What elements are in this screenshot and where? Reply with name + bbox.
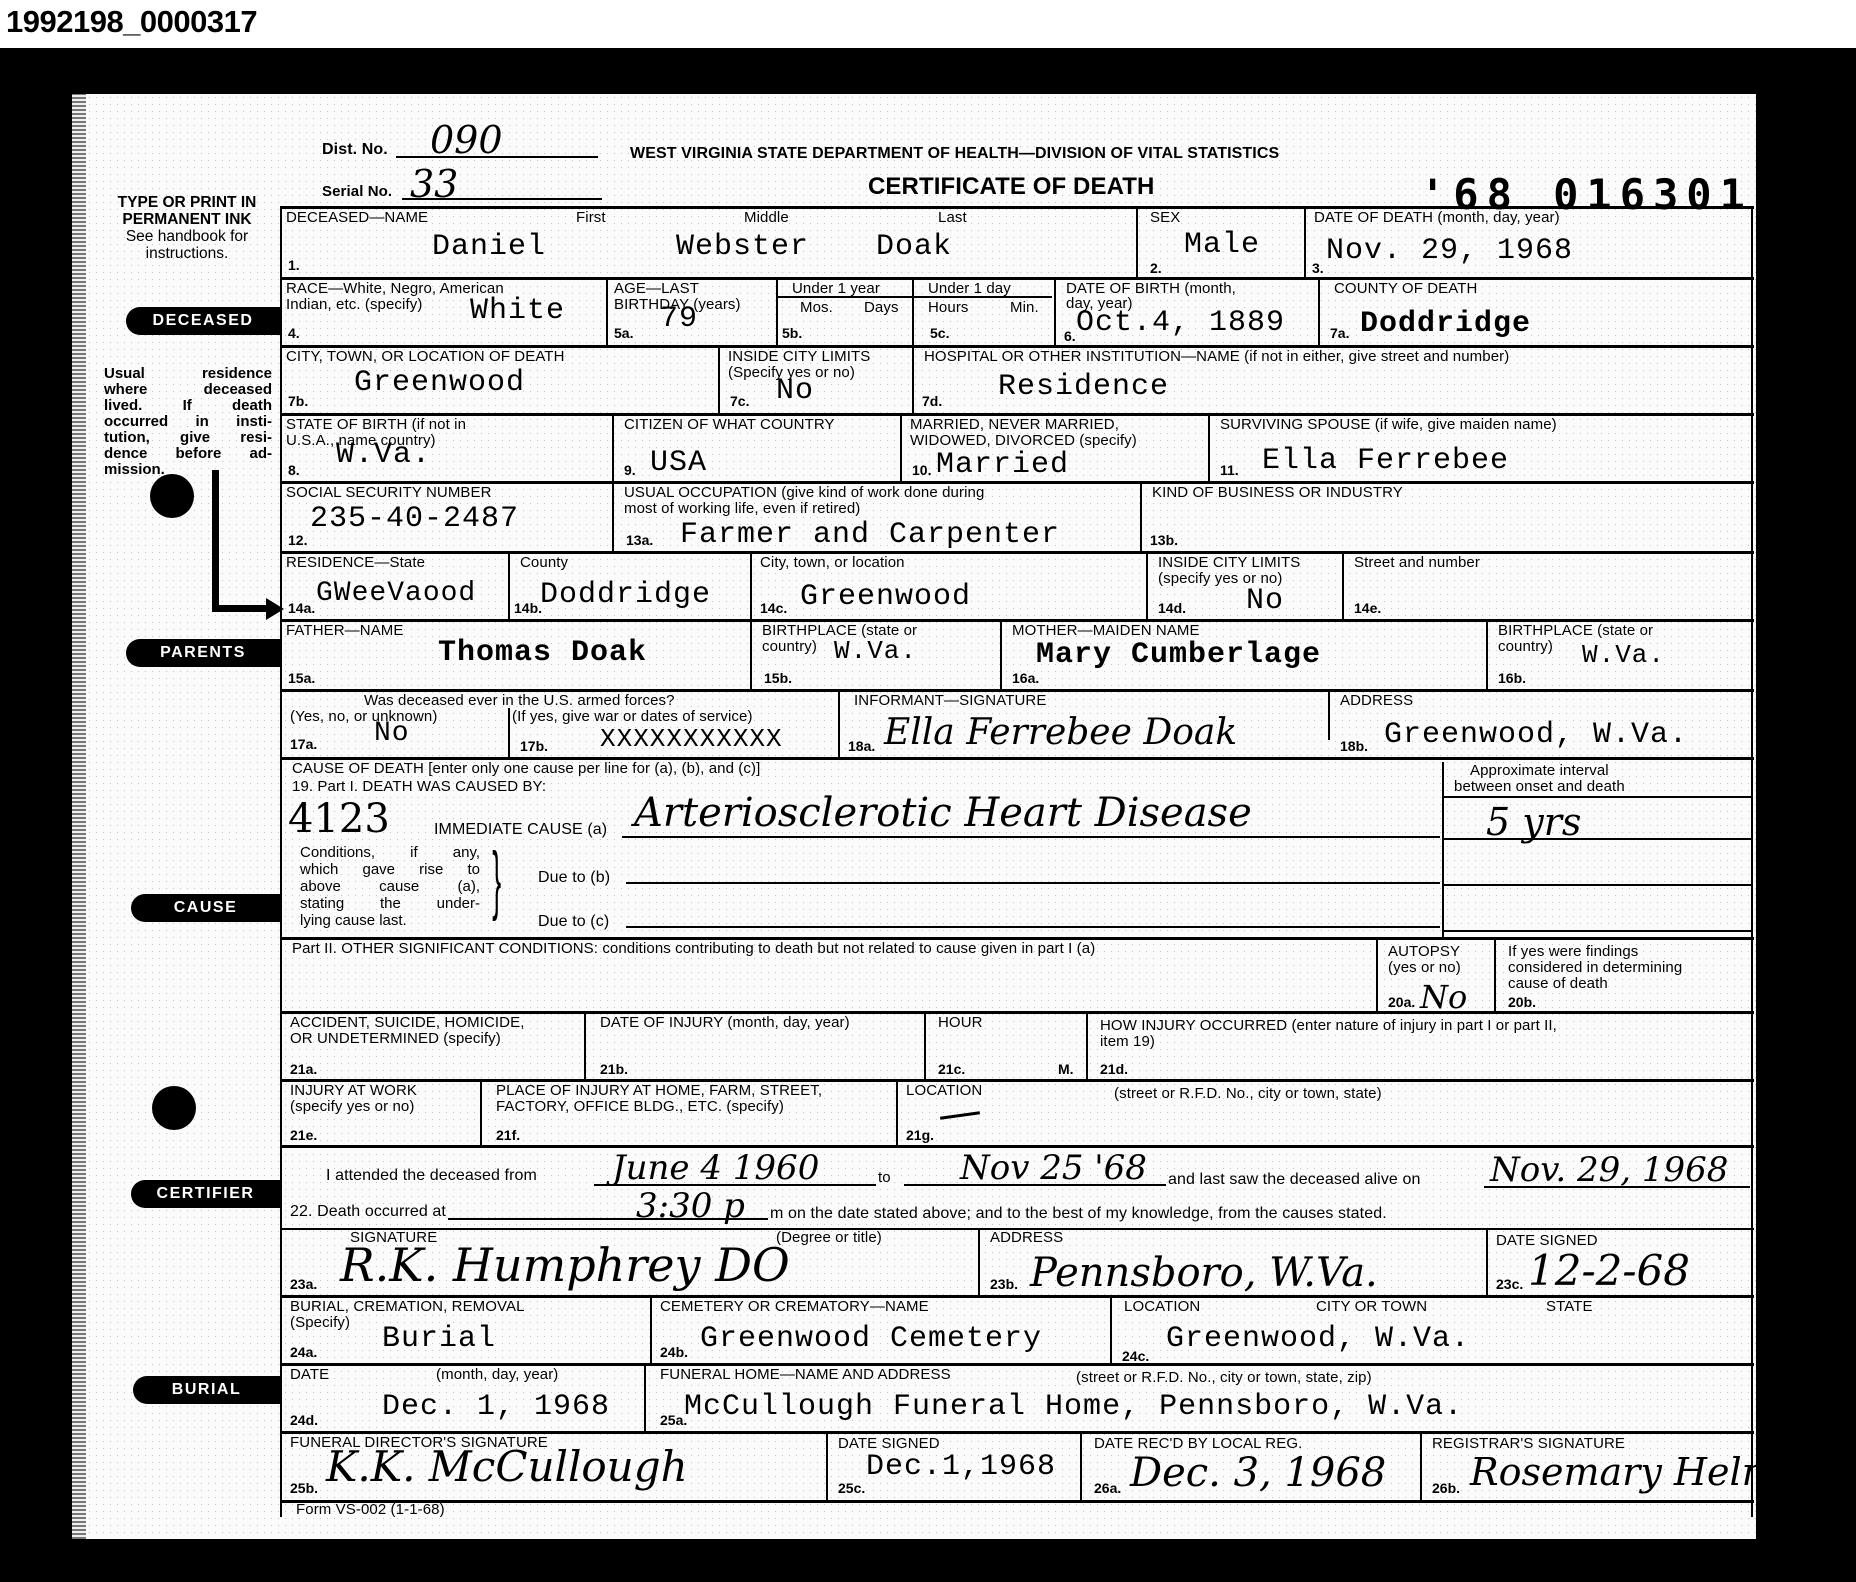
interval-line — [1444, 796, 1752, 798]
autopsy-label: AUTOPSY — [1388, 944, 1460, 960]
burial-date-hint: (month, day, year) — [436, 1367, 558, 1383]
marital-status-value: Married — [936, 448, 1069, 482]
hour-suffix: M. — [1058, 1061, 1074, 1077]
item-number: 14e. — [1354, 600, 1381, 616]
col-divider — [584, 1012, 586, 1080]
findings-label: If yes were findings — [1508, 944, 1638, 960]
agency-name: WEST VIRGINIA STATE DEPARTMENT OF HEALTH… — [630, 146, 1279, 162]
burial-method-label: BURIAL, CREMATION, REMOVAL — [290, 1299, 525, 1315]
section-tab-cause: CAUSE — [131, 894, 280, 922]
item-number: 20b. — [1508, 994, 1536, 1010]
item-number: 13a. — [626, 532, 653, 548]
item-number: 23a. — [290, 1276, 317, 1292]
accident-label: ACCIDENT, SUICIDE, HOMICIDE, — [290, 1015, 525, 1031]
item-number: 21c. — [938, 1061, 965, 1077]
attended-to-value: Nov 25 '68 — [960, 1148, 1147, 1188]
last-label: Last — [938, 210, 967, 226]
burial-date-label: DATE — [290, 1367, 329, 1383]
father-birthplace-value: W.Va. — [834, 636, 917, 666]
col-divider — [896, 1080, 898, 1146]
col-divider — [1208, 414, 1210, 482]
col-divider — [1110, 1296, 1112, 1364]
col-divider — [1000, 620, 1002, 690]
serial-no-value: 33 — [410, 162, 458, 206]
col-divider — [1318, 278, 1320, 346]
mother-birthplace-label-2: country) — [1498, 639, 1553, 655]
part-2-label: Part II. OTHER SIGNIFICANT CONDITIONS: c… — [292, 941, 1095, 957]
deceased-last-name: Doak — [876, 230, 952, 264]
service-value: XXXXXXXXXXX — [600, 724, 783, 754]
item-number: 21a. — [290, 1061, 317, 1077]
service-label: (If yes, give war or dates of service) — [512, 709, 753, 725]
residence-county-value: Doddridge — [540, 578, 711, 612]
col-divider — [750, 552, 752, 620]
item-number: 24a. — [290, 1344, 317, 1360]
col-divider — [1304, 207, 1306, 278]
residence-city-label: City, town, or location — [760, 555, 905, 571]
hospital-value: Residence — [998, 370, 1169, 404]
citizen-label: CITIZEN OF WHAT COUNTRY — [624, 417, 835, 433]
informant-label: INFORMANT—SIGNATURE — [854, 693, 1046, 709]
item-number: 14a. — [288, 600, 315, 616]
spouse-label: SURVIVING SPOUSE (if wife, give maiden n… — [1220, 417, 1557, 433]
residence-city-value: Greenwood — [800, 580, 971, 614]
col-divider — [1136, 207, 1138, 278]
funeral-home-value: McCullough Funeral Home, Pennsboro, W.Va… — [684, 1390, 1463, 1424]
sex-label: SEX — [1150, 210, 1180, 226]
city-of-death-value: Greenwood — [354, 366, 525, 400]
interval-line — [1444, 930, 1752, 932]
col-divider — [1486, 620, 1488, 690]
col-divider — [650, 1296, 652, 1364]
item-number: 17a. — [290, 736, 317, 752]
burial-location-label: LOCATION — [1124, 1299, 1200, 1315]
col-divider — [900, 414, 902, 482]
marital-status-label-2: WIDOWED, DIVORCED (specify) — [910, 433, 1137, 449]
item-number: 21e. — [290, 1127, 317, 1143]
item-number: 20a. — [1388, 994, 1415, 1010]
first-label: First — [576, 210, 606, 226]
residence-state-value: GWeeVaood — [316, 578, 476, 609]
age-value: 79 — [660, 302, 698, 336]
ssn-label: SOCIAL SECURITY NUMBER — [286, 485, 492, 501]
col-divider — [1080, 1432, 1082, 1500]
hospital-label: HOSPITAL OR OTHER INSTITUTION—NAME (if n… — [924, 349, 1509, 365]
row-divider — [280, 551, 1754, 554]
binder-hole — [150, 474, 194, 518]
part-1-label: 19. Part I. DEATH WAS CAUSED BY: — [292, 779, 546, 795]
section-tab-burial: BURIAL — [133, 1376, 280, 1404]
injury-date-label: DATE OF INJURY (month, day, year) — [600, 1015, 850, 1031]
dist-no-value: 090 — [430, 118, 503, 162]
item-number: 15a. — [288, 670, 315, 686]
item-number: 25b. — [290, 1480, 318, 1496]
date-signed-value: 12-2-68 — [1528, 1246, 1690, 1295]
spouse-value: Ella Ferrebee — [1262, 444, 1509, 478]
item-number: 25c. — [838, 1480, 865, 1496]
cemetery-value: Greenwood Cemetery — [700, 1322, 1042, 1356]
col-divider — [1342, 552, 1344, 620]
item-number: 2. — [1150, 260, 1162, 276]
col-divider — [508, 708, 510, 758]
certifier-address-label: ADDRESS — [990, 1230, 1063, 1246]
item-number: 26a. — [1094, 1480, 1121, 1496]
col-divider — [1494, 940, 1496, 1012]
item-number: 13b. — [1150, 532, 1178, 548]
item-number: 1. — [288, 257, 300, 273]
date-of-death-label: DATE OF DEATH (month, day, year) — [1314, 210, 1560, 226]
item-number: 21d. — [1100, 1061, 1128, 1077]
interval-line — [1444, 884, 1752, 886]
inside-city-value: No — [776, 374, 814, 408]
mother-name-label: MOTHER—MAIDEN NAME — [1012, 623, 1200, 639]
item-number: 7a. — [1330, 325, 1349, 341]
deceased-middle-name: Webster — [676, 230, 809, 264]
item-number: 6. — [1064, 328, 1076, 344]
under-1-day-label: Under 1 day — [928, 281, 1011, 297]
item-number: 8. — [288, 462, 300, 478]
col-divider — [826, 1432, 828, 1500]
item-number: 24c. — [1122, 1348, 1149, 1364]
cause-code: 4123 — [288, 796, 390, 842]
funeral-home-label: FUNERAL HOME—NAME AND ADDRESS — [660, 1367, 951, 1383]
armed-forces-yes-no-label: (Yes, no, or unknown) — [290, 709, 437, 725]
item-number: 7c. — [730, 393, 749, 409]
col-divider — [1376, 940, 1378, 1012]
age-label: AGE—LAST — [614, 281, 699, 297]
item-number: 26b. — [1432, 1480, 1460, 1496]
burial-date-value: Dec. 1, 1968 — [382, 1390, 610, 1424]
interval-label: Approximate interval — [1470, 763, 1609, 779]
binder-hole — [152, 1086, 196, 1130]
funeral-home-hint: (street or R.F.D. No., city or town, sta… — [1076, 1370, 1372, 1386]
injury-at-work-label-2: (specify yes or no) — [290, 1099, 414, 1115]
item-number: 5c. — [930, 325, 949, 341]
inside-city-label: INSIDE CITY LIMITS — [728, 349, 870, 365]
item-number: 15b. — [764, 670, 792, 686]
col-divider — [1086, 1012, 1088, 1080]
residence-arrow-stem — [212, 470, 219, 612]
injury-hour-label: HOUR — [938, 1015, 983, 1031]
death-occurred-label: 22. Death occurred at — [290, 1204, 446, 1220]
occupation-value: Farmer and Carpenter — [680, 518, 1060, 552]
col-divider — [644, 1364, 646, 1432]
form-id: Form VS-002 (1-1-68) — [296, 1502, 445, 1518]
item-number: 24b. — [660, 1344, 688, 1360]
burial-location-value: Greenwood, W.Va. — [1166, 1322, 1470, 1356]
armed-forces-question: Was deceased ever in the U.S. armed forc… — [364, 693, 675, 709]
col-divider — [776, 278, 778, 346]
item-number: 7b. — [288, 393, 308, 409]
instructions-note: TYPE OR PRINT IN PERMANENT INK See handb… — [100, 194, 274, 262]
immediate-cause-label: IMMEDIATE CAUSE (a) — [434, 822, 607, 838]
burial-city-label: CITY OR TOWN — [1316, 1299, 1427, 1315]
findings-label-2: considered in determining — [1508, 960, 1682, 976]
informant-address-value: Greenwood, W.Va. — [1384, 718, 1688, 752]
county-of-death-label: COUNTY OF DEATH — [1334, 281, 1477, 297]
residence-inside-value: No — [1246, 584, 1284, 618]
death-time-value: 3:30 p — [636, 1186, 745, 1226]
item-number: 21b. — [600, 1061, 628, 1077]
residence-street-label: Street and number — [1354, 555, 1480, 571]
sub-divider — [778, 296, 912, 298]
mos-label: Mos. — [800, 300, 833, 316]
occupation-label: USUAL OCCUPATION (give kind of work done… — [624, 485, 984, 501]
days-label: Days — [864, 300, 899, 316]
citizen-value: USA — [650, 446, 707, 480]
item-number: 7d. — [922, 393, 942, 409]
residence-county-label: County — [520, 555, 568, 571]
item-number: 12. — [288, 532, 307, 548]
col-divider — [718, 346, 720, 414]
item-number: 18b. — [1340, 738, 1368, 754]
col-divider — [1328, 690, 1330, 740]
race-label-2: Indian, etc. (specify) — [286, 297, 422, 313]
row-divider — [280, 481, 1754, 484]
row-divider — [280, 1500, 1754, 1503]
occupation-label-2: most of working life, even if retired) — [624, 501, 860, 517]
certificate-title: CERTIFICATE OF DEATH — [868, 174, 1154, 200]
residence-state-label: RESIDENCE—State — [286, 555, 425, 571]
sex-value: Male — [1184, 228, 1260, 262]
injury-at-work-label: INJURY AT WORK — [290, 1083, 417, 1099]
deceased-first-name: Daniel — [432, 230, 546, 264]
interval-line — [1444, 838, 1752, 840]
item-number: 5b. — [782, 325, 802, 341]
funeral-director-signature: K.K. McCullough — [326, 1442, 688, 1491]
to-label: to — [878, 1170, 891, 1186]
ssn-value: 235-40-2487 — [310, 502, 519, 536]
father-birthplace-label-2: country) — [762, 639, 817, 655]
cause-a-line — [622, 836, 1440, 838]
injury-location-note: (street or R.F.D. No., city or town, sta… — [1114, 1086, 1382, 1102]
informant-address-label: ADDRESS — [1340, 693, 1413, 709]
residence-arrow-shaft — [212, 605, 274, 612]
father-name-value: Thomas Doak — [438, 636, 647, 670]
col-divider — [912, 346, 914, 414]
cemetery-label: CEMETERY OR CREMATORY—NAME — [660, 1299, 929, 1315]
min-label: Min. — [1010, 300, 1039, 316]
last-seen-label: and last saw the deceased alive on — [1168, 1172, 1420, 1188]
county-of-death-value: Doddridge — [1360, 307, 1531, 341]
autopsy-label-2: (yes or no) — [1388, 960, 1461, 976]
col-divider — [1486, 1230, 1488, 1296]
document-id: 1992198_0000317 — [6, 4, 257, 40]
injury-place-label: PLACE OF INJURY AT HOME, FARM, STREET, — [496, 1083, 822, 1099]
section-tab-certifier: CERTIFIER — [131, 1180, 280, 1208]
burial-method-label-2: (Specify) — [290, 1315, 350, 1331]
marital-status-label: MARRIED, NEVER MARRIED, — [910, 417, 1119, 433]
item-number: 14d. — [1158, 600, 1186, 616]
col-divider — [1420, 1432, 1422, 1500]
accident-label-2: OR UNDETERMINED (specify) — [290, 1031, 501, 1047]
item-number: 4. — [288, 325, 300, 341]
state-of-birth-label: STATE OF BIRTH (if not in — [286, 417, 466, 433]
received-by-registrar-value: Dec. 3, 1968 — [1130, 1450, 1386, 1496]
col-divider — [912, 278, 914, 346]
name-label: DECEASED—NAME — [286, 210, 428, 226]
how-injury-label: HOW INJURY OCCURRED (enter nature of inj… — [1100, 1018, 1557, 1034]
sub-divider — [914, 296, 1052, 298]
col-divider — [1442, 762, 1444, 938]
item-number: 3. — [1312, 260, 1324, 276]
conditions-note: Conditions, if any, which gave rise to a… — [300, 844, 480, 929]
due-to-c-label: Due to (c) — [538, 914, 609, 930]
findings-label-3: cause of death — [1508, 976, 1608, 992]
item-number: 21g. — [906, 1127, 934, 1143]
mother-birthplace-label: BIRTHPLACE (state or — [1498, 623, 1653, 639]
certifier-address-value: Pennsboro, W.Va. — [1030, 1250, 1378, 1296]
armed-forces-value: No — [374, 718, 410, 749]
brace-icon: } — [492, 842, 501, 918]
dist-no-label: Dist. No. — [322, 142, 388, 158]
section-tab-parents: PARENTS — [126, 639, 280, 667]
mother-birthplace-value: W.Va. — [1582, 640, 1665, 670]
director-date-signed-value: Dec.1,1968 — [866, 1450, 1056, 1484]
hours-label: Hours — [928, 300, 969, 316]
immediate-cause-value: Arteriosclerotic Heart Disease — [634, 790, 1252, 836]
item-number: 23c. — [1496, 1276, 1523, 1292]
item-number: 9. — [624, 462, 636, 478]
date-of-death-value: Nov. 29, 1968 — [1326, 234, 1573, 268]
mother-name-value: Mary Cumberlage — [1036, 638, 1321, 672]
item-number: 11. — [1220, 462, 1239, 478]
col-divider — [978, 1230, 980, 1296]
item-number: 16b. — [1498, 670, 1526, 686]
due-to-b-label: Due to (b) — [538, 870, 610, 886]
paper-edge — [72, 94, 86, 1539]
item-number: 21f. — [496, 1127, 520, 1143]
degree-label: (Degree or title) — [776, 1230, 882, 1246]
informant-signature: Ella Ferrebee Doak — [884, 712, 1237, 753]
col-divider — [1140, 482, 1142, 552]
race-value: White — [470, 294, 565, 328]
col-divider — [612, 482, 614, 552]
item-number: 5a. — [614, 325, 633, 341]
attended-prefix: I attended the deceased from — [326, 1168, 537, 1184]
residence-inside-label: INSIDE CITY LIMITS — [1158, 555, 1300, 571]
how-injury-label-2: item 19) — [1100, 1034, 1155, 1050]
item-number: 23b. — [990, 1276, 1018, 1292]
item-number: 18a. — [848, 738, 875, 754]
item-number: 14b. — [514, 600, 542, 616]
item-number: 10. — [912, 462, 931, 478]
city-of-death-label: CITY, TOWN, OR LOCATION OF DEATH — [286, 349, 565, 365]
registrar-signature: Rosemary Helmick — [1470, 1450, 1834, 1494]
col-divider — [508, 552, 510, 620]
col-divider — [606, 278, 608, 346]
state-of-birth-value: W.Va. — [336, 438, 431, 472]
col-divider — [480, 1080, 482, 1146]
attended-from-value: June 4 1960 — [612, 1148, 819, 1188]
death-occurred-suffix: m on the date stated above; and to the b… — [770, 1206, 1387, 1222]
residence-note: Usual residence where deceased lived. If… — [104, 366, 272, 478]
serial-no-label: Serial No. — [322, 184, 392, 200]
item-number: 14c. — [760, 600, 787, 616]
injury-location-label: LOCATION — [906, 1083, 982, 1099]
middle-label: Middle — [744, 210, 789, 226]
certifier-signature: R.K. Humphrey DO — [340, 1238, 790, 1292]
col-divider — [750, 620, 752, 690]
col-divider — [924, 1012, 926, 1080]
col-divider — [612, 414, 614, 482]
under-1-year-label: Under 1 year — [792, 281, 880, 297]
col-divider — [838, 690, 840, 758]
interval-label-2: between onset and death — [1454, 779, 1625, 795]
item-number: 17b. — [520, 738, 548, 754]
burial-method-value: Burial — [382, 1322, 496, 1356]
business-label: KIND OF BUSINESS OR INDUSTRY — [1152, 485, 1403, 501]
col-divider — [1054, 278, 1056, 346]
dob-value: Oct.4, 1889 — [1076, 306, 1285, 340]
cause-of-death-header: CAUSE OF DEATH [enter only one cause per… — [292, 761, 760, 777]
injury-place-label-2: FACTORY, OFFICE BLDG., ETC. (specify) — [496, 1099, 784, 1115]
burial-state-label: STATE — [1546, 1299, 1593, 1315]
last-seen-value: Nov. 29, 1968 — [1490, 1150, 1728, 1190]
cause-c-line — [626, 926, 1440, 928]
item-number: 16a. — [1012, 670, 1039, 686]
cause-b-line — [626, 882, 1440, 884]
father-name-label: FATHER—NAME — [286, 623, 404, 639]
document-header-bar: 1992198_0000317 — [0, 0, 1856, 48]
section-tab-deceased: DECEASED — [126, 307, 280, 335]
col-divider — [1146, 552, 1148, 620]
item-number: 24d. — [290, 1412, 318, 1428]
